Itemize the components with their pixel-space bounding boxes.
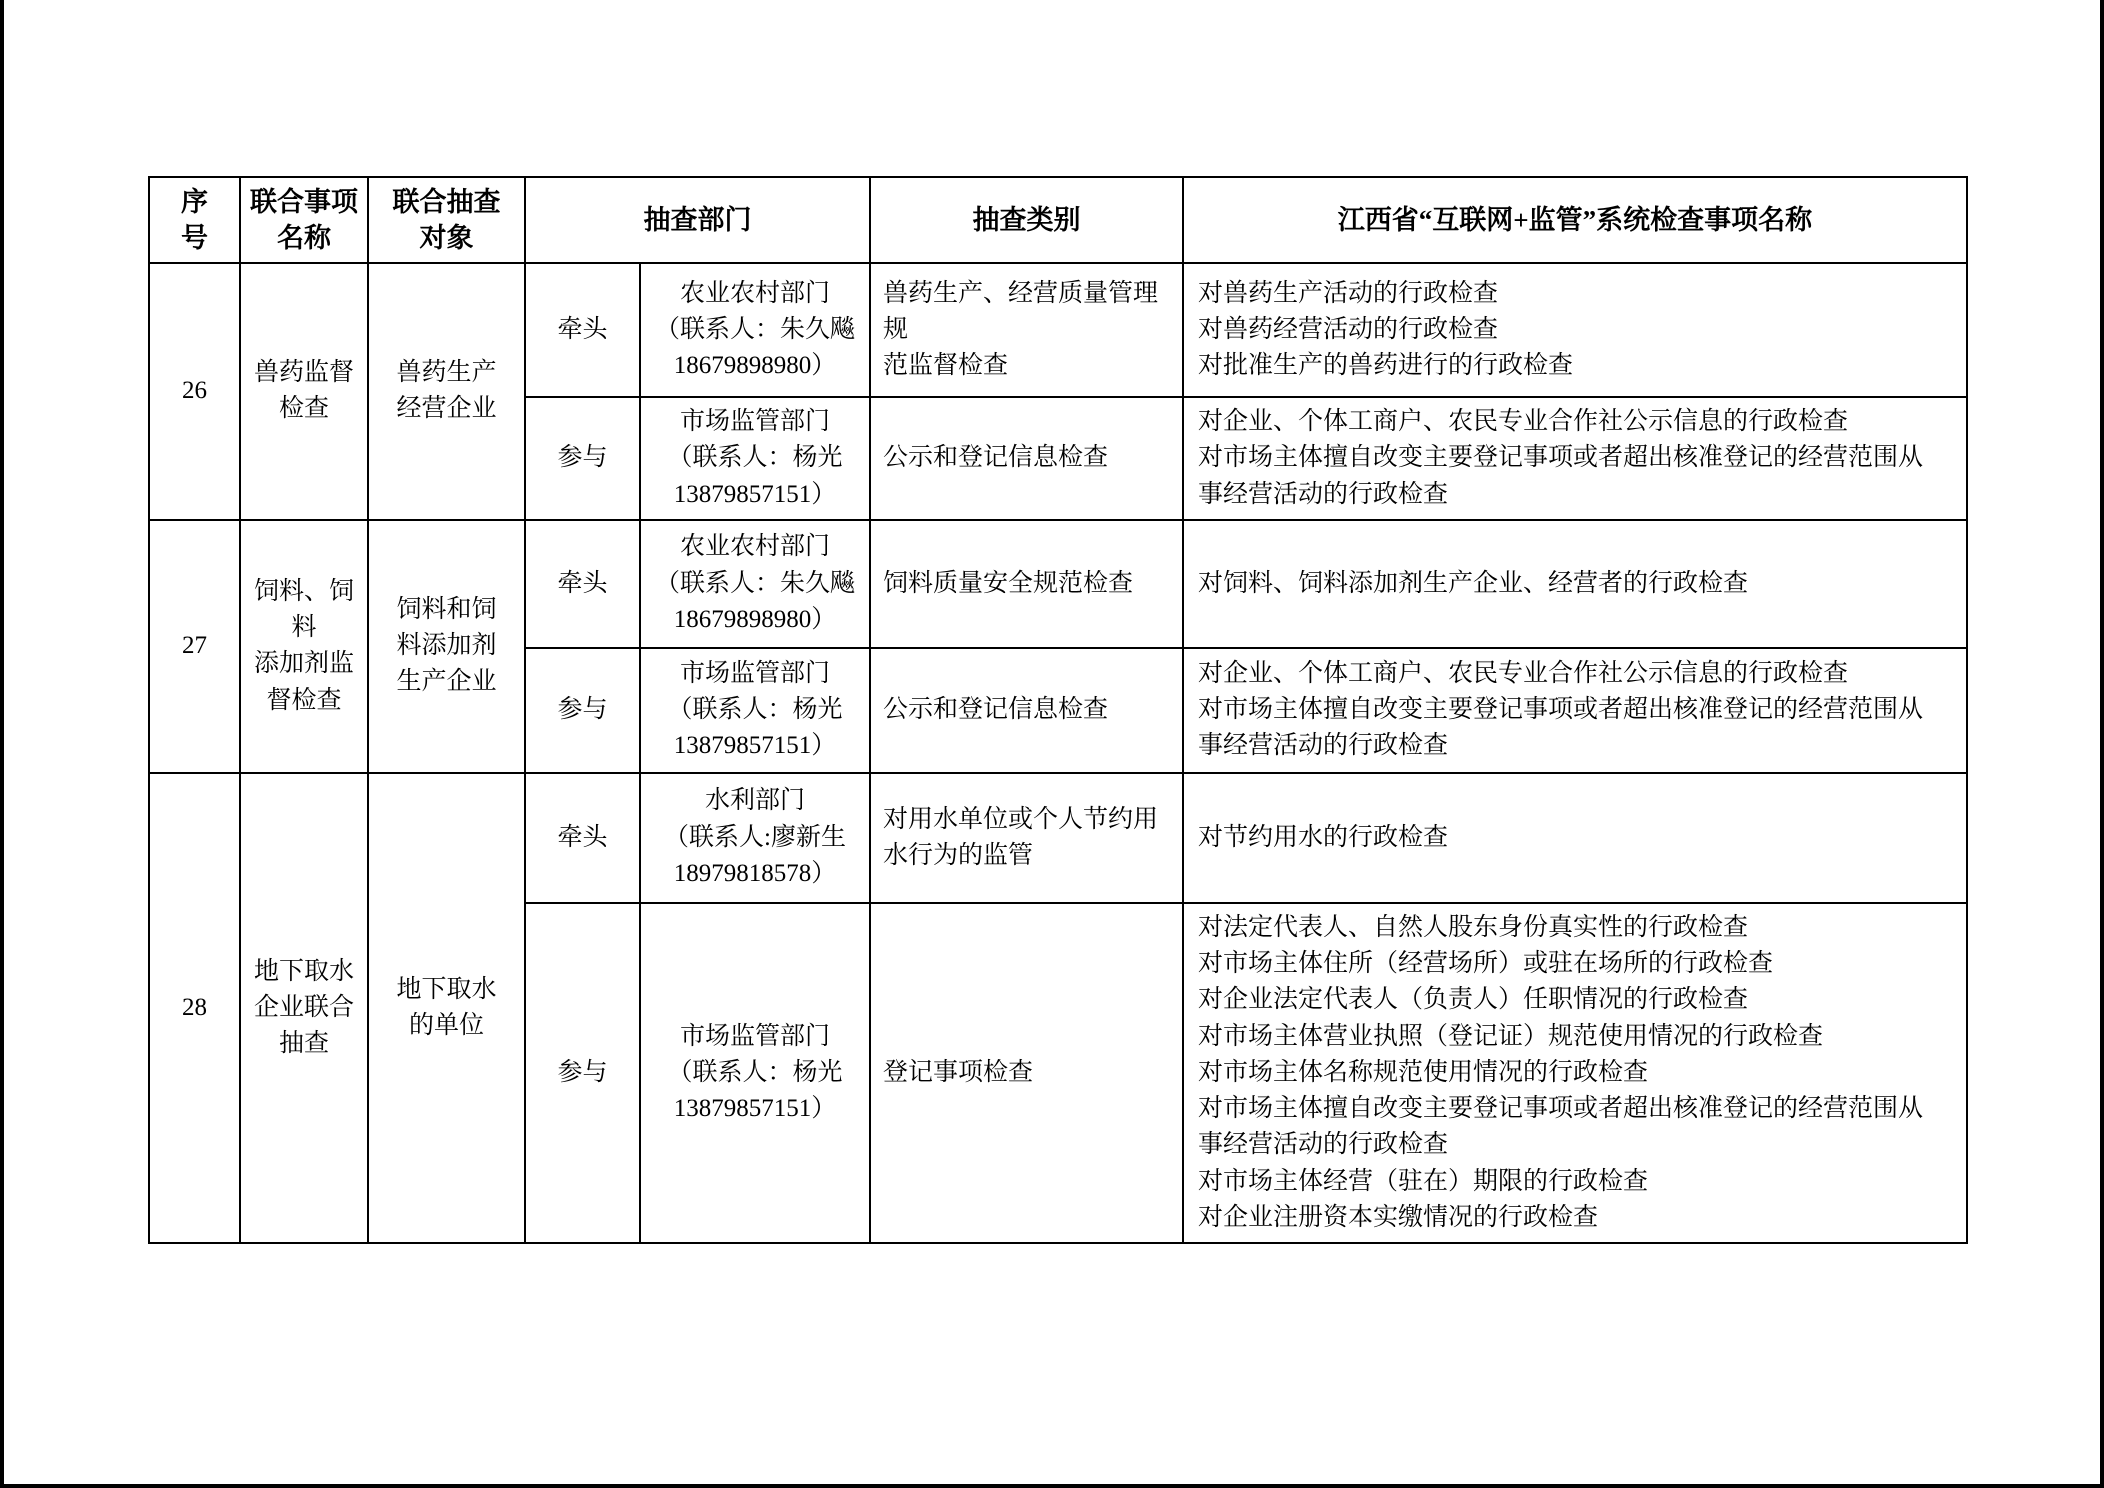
row-no: 28 — [149, 773, 240, 1243]
header-system-item-name: 江西省“互联网+监管”系统检查事项名称 — [1183, 177, 1967, 263]
page-edge-bottom — [0, 1484, 2104, 1488]
page-edge-left — [0, 0, 4, 1488]
category-cell: 公示和登记信息检查 — [870, 648, 1183, 773]
document-page: { "table": { "headers": { "no": "序号", "n… — [0, 0, 2104, 1488]
system-items-cell: 对兽药生产活动的行政检查 对兽药经营活动的行政检查 对批准生产的兽药进行的行政检… — [1183, 263, 1967, 397]
header-joint-matter-name: 联合事项名称 — [240, 177, 368, 263]
department-cell: 市场监管部门 （联系人：杨光 13879857151） — [640, 903, 870, 1243]
table-header-row: 序号 联合事项名称 联合抽查对象 抽查部门 抽查类别 江西省“互联网+监管”系统… — [149, 177, 1967, 263]
system-items-cell: 对企业、个体工商户、农民专业合作社公示信息的行政检查 对市场主体擅自改变主要登记… — [1183, 397, 1967, 520]
inspection-target: 兽药生产 经营企业 — [368, 263, 525, 520]
system-items-cell: 对饲料、饲料添加剂生产企业、经营者的行政检查 — [1183, 520, 1967, 648]
role-participate: 参与 — [525, 397, 640, 520]
table-row: 26 兽药监督 检查 兽药生产 经营企业 牵头 农业农村部门 （联系人：朱久飚 … — [149, 263, 1967, 397]
role-participate: 参与 — [525, 903, 640, 1243]
row-no: 26 — [149, 263, 240, 520]
system-items-cell: 对法定代表人、自然人股东身份真实性的行政检查 对市场主体住所（经营场所）或驻在场… — [1183, 903, 1967, 1243]
inspection-target: 地下取水 的单位 — [368, 773, 525, 1243]
joint-matter-name: 饲料、饲料 添加剂监 督检查 — [240, 520, 368, 773]
joint-matter-name: 兽药监督 检查 — [240, 263, 368, 520]
page-edge-right — [2100, 0, 2104, 1488]
role-lead: 牵头 — [525, 263, 640, 397]
category-cell: 饲料质量安全规范检查 — [870, 520, 1183, 648]
category-cell: 对用水单位或个人节约用 水行为的监管 — [870, 773, 1183, 903]
header-inspection-target: 联合抽查对象 — [368, 177, 525, 263]
header-inspection-category: 抽查类别 — [870, 177, 1183, 263]
row-no: 27 — [149, 520, 240, 773]
joint-inspection-table: 序号 联合事项名称 联合抽查对象 抽查部门 抽查类别 江西省“互联网+监管”系统… — [148, 176, 1968, 1244]
header-no: 序号 — [149, 177, 240, 263]
role-participate: 参与 — [525, 648, 640, 773]
category-cell: 兽药生产、经营质量管理规 范监督检查 — [870, 263, 1183, 397]
header-no-label: 序号 — [179, 184, 210, 257]
system-items-cell: 对节约用水的行政检查 — [1183, 773, 1967, 903]
department-cell: 市场监管部门 （联系人：杨光 13879857151） — [640, 648, 870, 773]
table-row: 27 饲料、饲料 添加剂监 督检查 饲料和饲 料添加剂 生产企业 牵头 农业农村… — [149, 520, 1967, 648]
role-lead: 牵头 — [525, 773, 640, 903]
department-cell: 市场监管部门 （联系人：杨光 13879857151） — [640, 397, 870, 520]
department-cell: 水利部门 （联系人:廖新生 18979818578） — [640, 773, 870, 903]
inspection-target: 饲料和饲 料添加剂 生产企业 — [368, 520, 525, 773]
header-inspection-target-label: 联合抽查对象 — [390, 184, 503, 257]
department-cell: 农业农村部门 （联系人：朱久飚 18679898980） — [640, 520, 870, 648]
header-inspection-department: 抽查部门 — [525, 177, 870, 263]
category-cell: 登记事项检查 — [870, 903, 1183, 1243]
category-cell: 公示和登记信息检查 — [870, 397, 1183, 520]
department-cell: 农业农村部门 （联系人：朱久飚 18679898980） — [640, 263, 870, 397]
system-items-cell: 对企业、个体工商户、农民专业合作社公示信息的行政检查 对市场主体擅自改变主要登记… — [1183, 648, 1967, 773]
role-lead: 牵头 — [525, 520, 640, 648]
joint-matter-name: 地下取水 企业联合 抽查 — [240, 773, 368, 1243]
header-joint-matter-name-label: 联合事项名称 — [247, 184, 360, 257]
table-row: 28 地下取水 企业联合 抽查 地下取水 的单位 牵头 水利部门 （联系人:廖新… — [149, 773, 1967, 903]
